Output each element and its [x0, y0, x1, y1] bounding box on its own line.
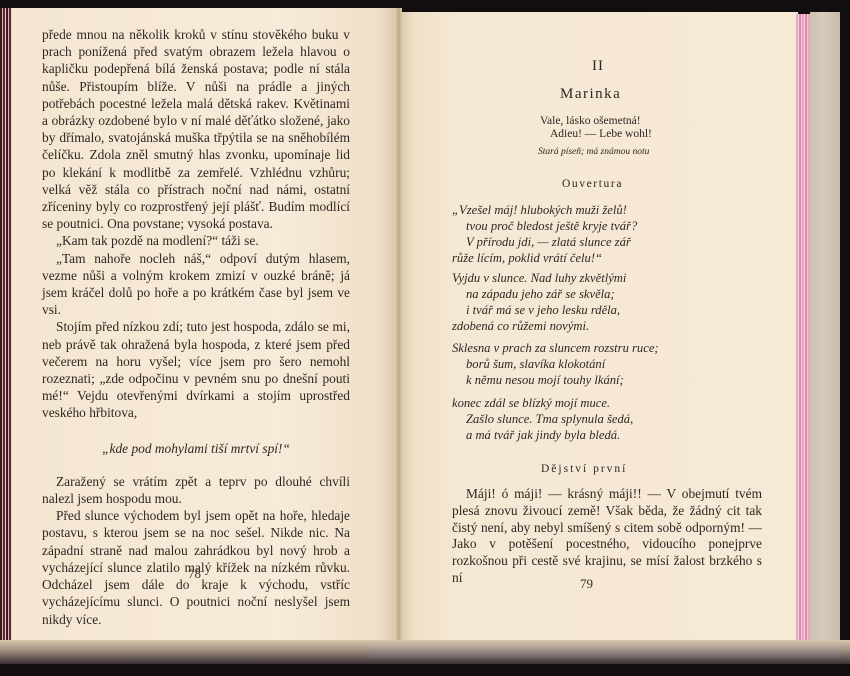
left-page-stack-edge	[0, 8, 12, 642]
verse-line: růže lícím, poklid vrátí čelu!“	[452, 250, 637, 266]
verse-line: Zašlo slunce. Tma splynula šedá,	[452, 411, 633, 427]
stanza: Sklesna v prach za sluncem rozstru ruce;…	[452, 340, 659, 388]
verse-line: k němu nesou mojí touhy lkání;	[452, 372, 659, 388]
verse-line: V přírodu jdi, — zlatá slunce zář	[452, 234, 637, 250]
book-photo: přede mnou na několik kroků v stínu stov…	[0, 0, 850, 676]
chapter-number: II	[592, 58, 604, 75]
verse-line: Sklesna v prach za sluncem rozstru ruce;	[452, 340, 659, 356]
page-number-right: 79	[580, 576, 593, 592]
book-gutter	[396, 8, 402, 644]
verse-line: borů šum, slavíka klokotání	[452, 356, 659, 372]
section-heading-overture: Ouvertura	[562, 178, 623, 190]
paragraph: Stojím před nízkou zdí; tuto jest hospod…	[42, 318, 350, 421]
act-body: Máji! ó máji! — krásný máji!! — V obejmu…	[452, 486, 762, 587]
section-heading-act: Dějství první	[541, 463, 627, 475]
bottom-cover-edge	[370, 644, 840, 658]
paragraph: Zaražený se vrátím zpět a teprv po dlouh…	[42, 473, 350, 507]
verse-line: tvou proč bledost ještě kryje tvář?	[452, 218, 637, 234]
chapter-title: Marinka	[560, 86, 621, 103]
verse-line: Vyjdu v slunce. Nad luhy zkvětlými	[452, 270, 626, 286]
block-quote: „kde pod mohylami tiší mrtví spí!“	[42, 440, 350, 457]
epigraph: Vale, lásko ošemetná! Adieu! — Lebe wohl…	[540, 115, 652, 159]
verse-line: a má tvář jak jindy byla bledá.	[452, 427, 633, 443]
book-cover-edge	[810, 12, 840, 652]
right-page-stack-edge	[796, 14, 810, 644]
paragraph: „Tam nahoře nocleh náš,“ odpoví dutým hl…	[42, 250, 350, 319]
verse-line: i tvář má se v jeho lesku rděla,	[452, 302, 626, 318]
verse-line: na západu jeho zář se skvěla;	[452, 286, 626, 302]
verse-line: konec zdál se blízký mojí muce.	[452, 395, 633, 411]
epigraph-line: Vale, lásko ošemetná!	[540, 115, 652, 128]
stanza: „Vzešel máj! hlubokých muži želů! tvou p…	[452, 202, 637, 266]
epigraph-source: Stará píseň; má známou notu	[538, 146, 652, 159]
paragraph: Máji! ó máji! — krásný máji!! — V obejmu…	[452, 486, 762, 587]
verse-line: zdobená co růžemi novými.	[452, 318, 626, 334]
page-number-left: 78	[188, 566, 201, 582]
left-page-body: přede mnou na několik kroků v stínu stov…	[42, 26, 350, 628]
paragraph: „Kam tak pozdě na modlení?“ táži se.	[42, 232, 350, 249]
stanza: Vyjdu v slunce. Nad luhy zkvětlými na zá…	[452, 270, 626, 334]
epigraph-line: Adieu! — Lebe wohl!	[540, 128, 652, 141]
paragraph: přede mnou na několik kroků v stínu stov…	[42, 26, 350, 232]
verse-line: „Vzešel máj! hlubokých muži želů!	[452, 202, 637, 218]
stanza: konec zdál se blízký mojí muce. Zašlo sl…	[452, 395, 633, 443]
